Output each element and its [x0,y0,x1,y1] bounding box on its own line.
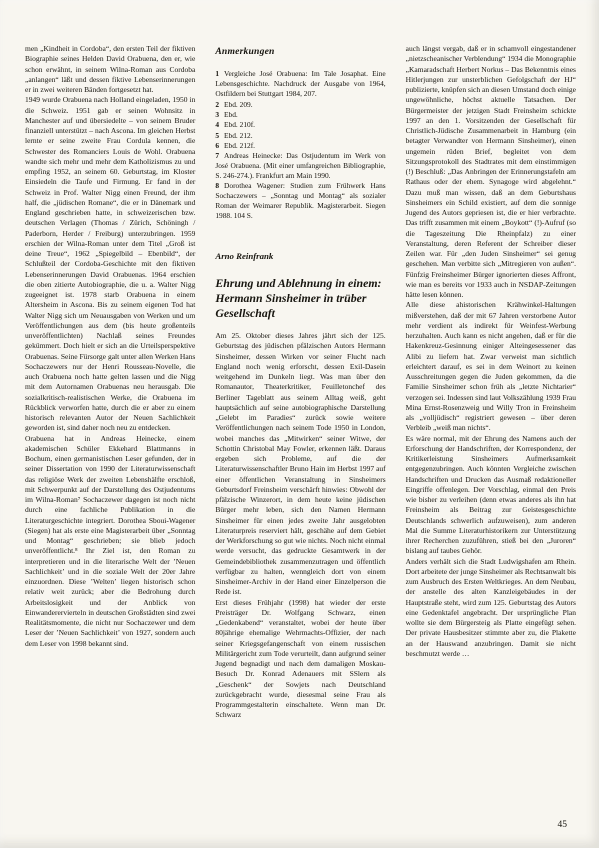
footnote-text: Andreas Heinecke: Das Ostjudentum im Wer… [215,151,385,180]
footnote-text: Ebd. 212f. [224,141,255,150]
paragraph: Anders verhält sich die Stadt Ludwigshaf… [406,557,576,660]
footnote-text: Vergleiche José Orabuena: Im Tale Josaph… [215,69,385,98]
left-column: men „Kindheit in Cordoba“, den ersten Te… [25,44,195,804]
footnote-text: Ebd. [224,110,238,119]
paragraph: men „Kindheit in Cordoba“, den ersten Te… [25,44,195,95]
paragraph: Es wäre normal, mit der Ehrung des Namen… [406,434,576,557]
footnote-number: 6 [215,141,224,150]
footnote: 7Andreas Heinecke: Das Ostjudentum im We… [215,151,385,181]
right-column: auch längst vergab, daß er in schamvoll … [406,44,576,804]
footnote: 8Dorothea Wagener: Studien zum Frühwerk … [215,181,385,221]
footnote-number: 8 [215,181,224,190]
text-columns: men „Kindheit in Cordoba“, den ersten Te… [0,0,599,804]
footnote-number: 7 [215,151,224,160]
footnote: 1Vergleiche José Orabuena: Im Tale Josap… [215,69,385,99]
footnote-number: 4 [215,120,224,129]
paragraph: Orabuena hat in Andreas Heinecke, einem … [25,434,195,649]
footnote-text: Ebd. 210f. [224,120,255,129]
footnote-number: 1 [215,69,224,78]
footnote-text: Dorothea Wagener: Studien zum Frühwerk H… [215,181,385,220]
paragraph: Am 25. Oktober dieses Jahres jährt sich … [215,331,385,598]
notes-list: 1Vergleiche José Orabuena: Im Tale Josap… [215,69,385,221]
article-title: Ehrung und Ablehnung in einem: Hermann S… [215,276,385,320]
paragraph: Alle diese ahistorischen Krähwinkel-Halt… [406,300,576,433]
footnote: 3Ebd. [215,110,385,120]
footnote-number: 2 [215,100,224,109]
footnote-text: Ebd. 209. [224,100,253,109]
article-body: Am 25. Oktober dieses Jahres jährt sich … [215,331,385,721]
footnote-text: Ebd. 212. [224,131,253,140]
footnote: 5Ebd. 212. [215,131,385,141]
footnote: 6Ebd. 212f. [215,141,385,151]
footnote-number: 3 [215,110,224,119]
journal-page: men „Kindheit in Cordoba“, den ersten Te… [0,0,599,848]
article-author: Arno Reinfrank [215,251,385,261]
paragraph: 1949 wurde Orabuena nach Holland eingela… [25,95,195,433]
page-number: 45 [558,820,568,830]
footnote: 4Ebd. 210f. [215,120,385,130]
notes-heading: Anmerkungen [215,46,385,57]
paragraph: auch längst vergab, daß er in schamvoll … [406,44,576,300]
footnote: 2Ebd. 209. [215,100,385,110]
middle-column: Anmerkungen 1Vergleiche José Orabuena: I… [215,44,385,804]
paragraph: Erst dieses Frühjahr (1998) hat wieder d… [215,598,385,721]
footnote-number: 5 [215,131,224,140]
